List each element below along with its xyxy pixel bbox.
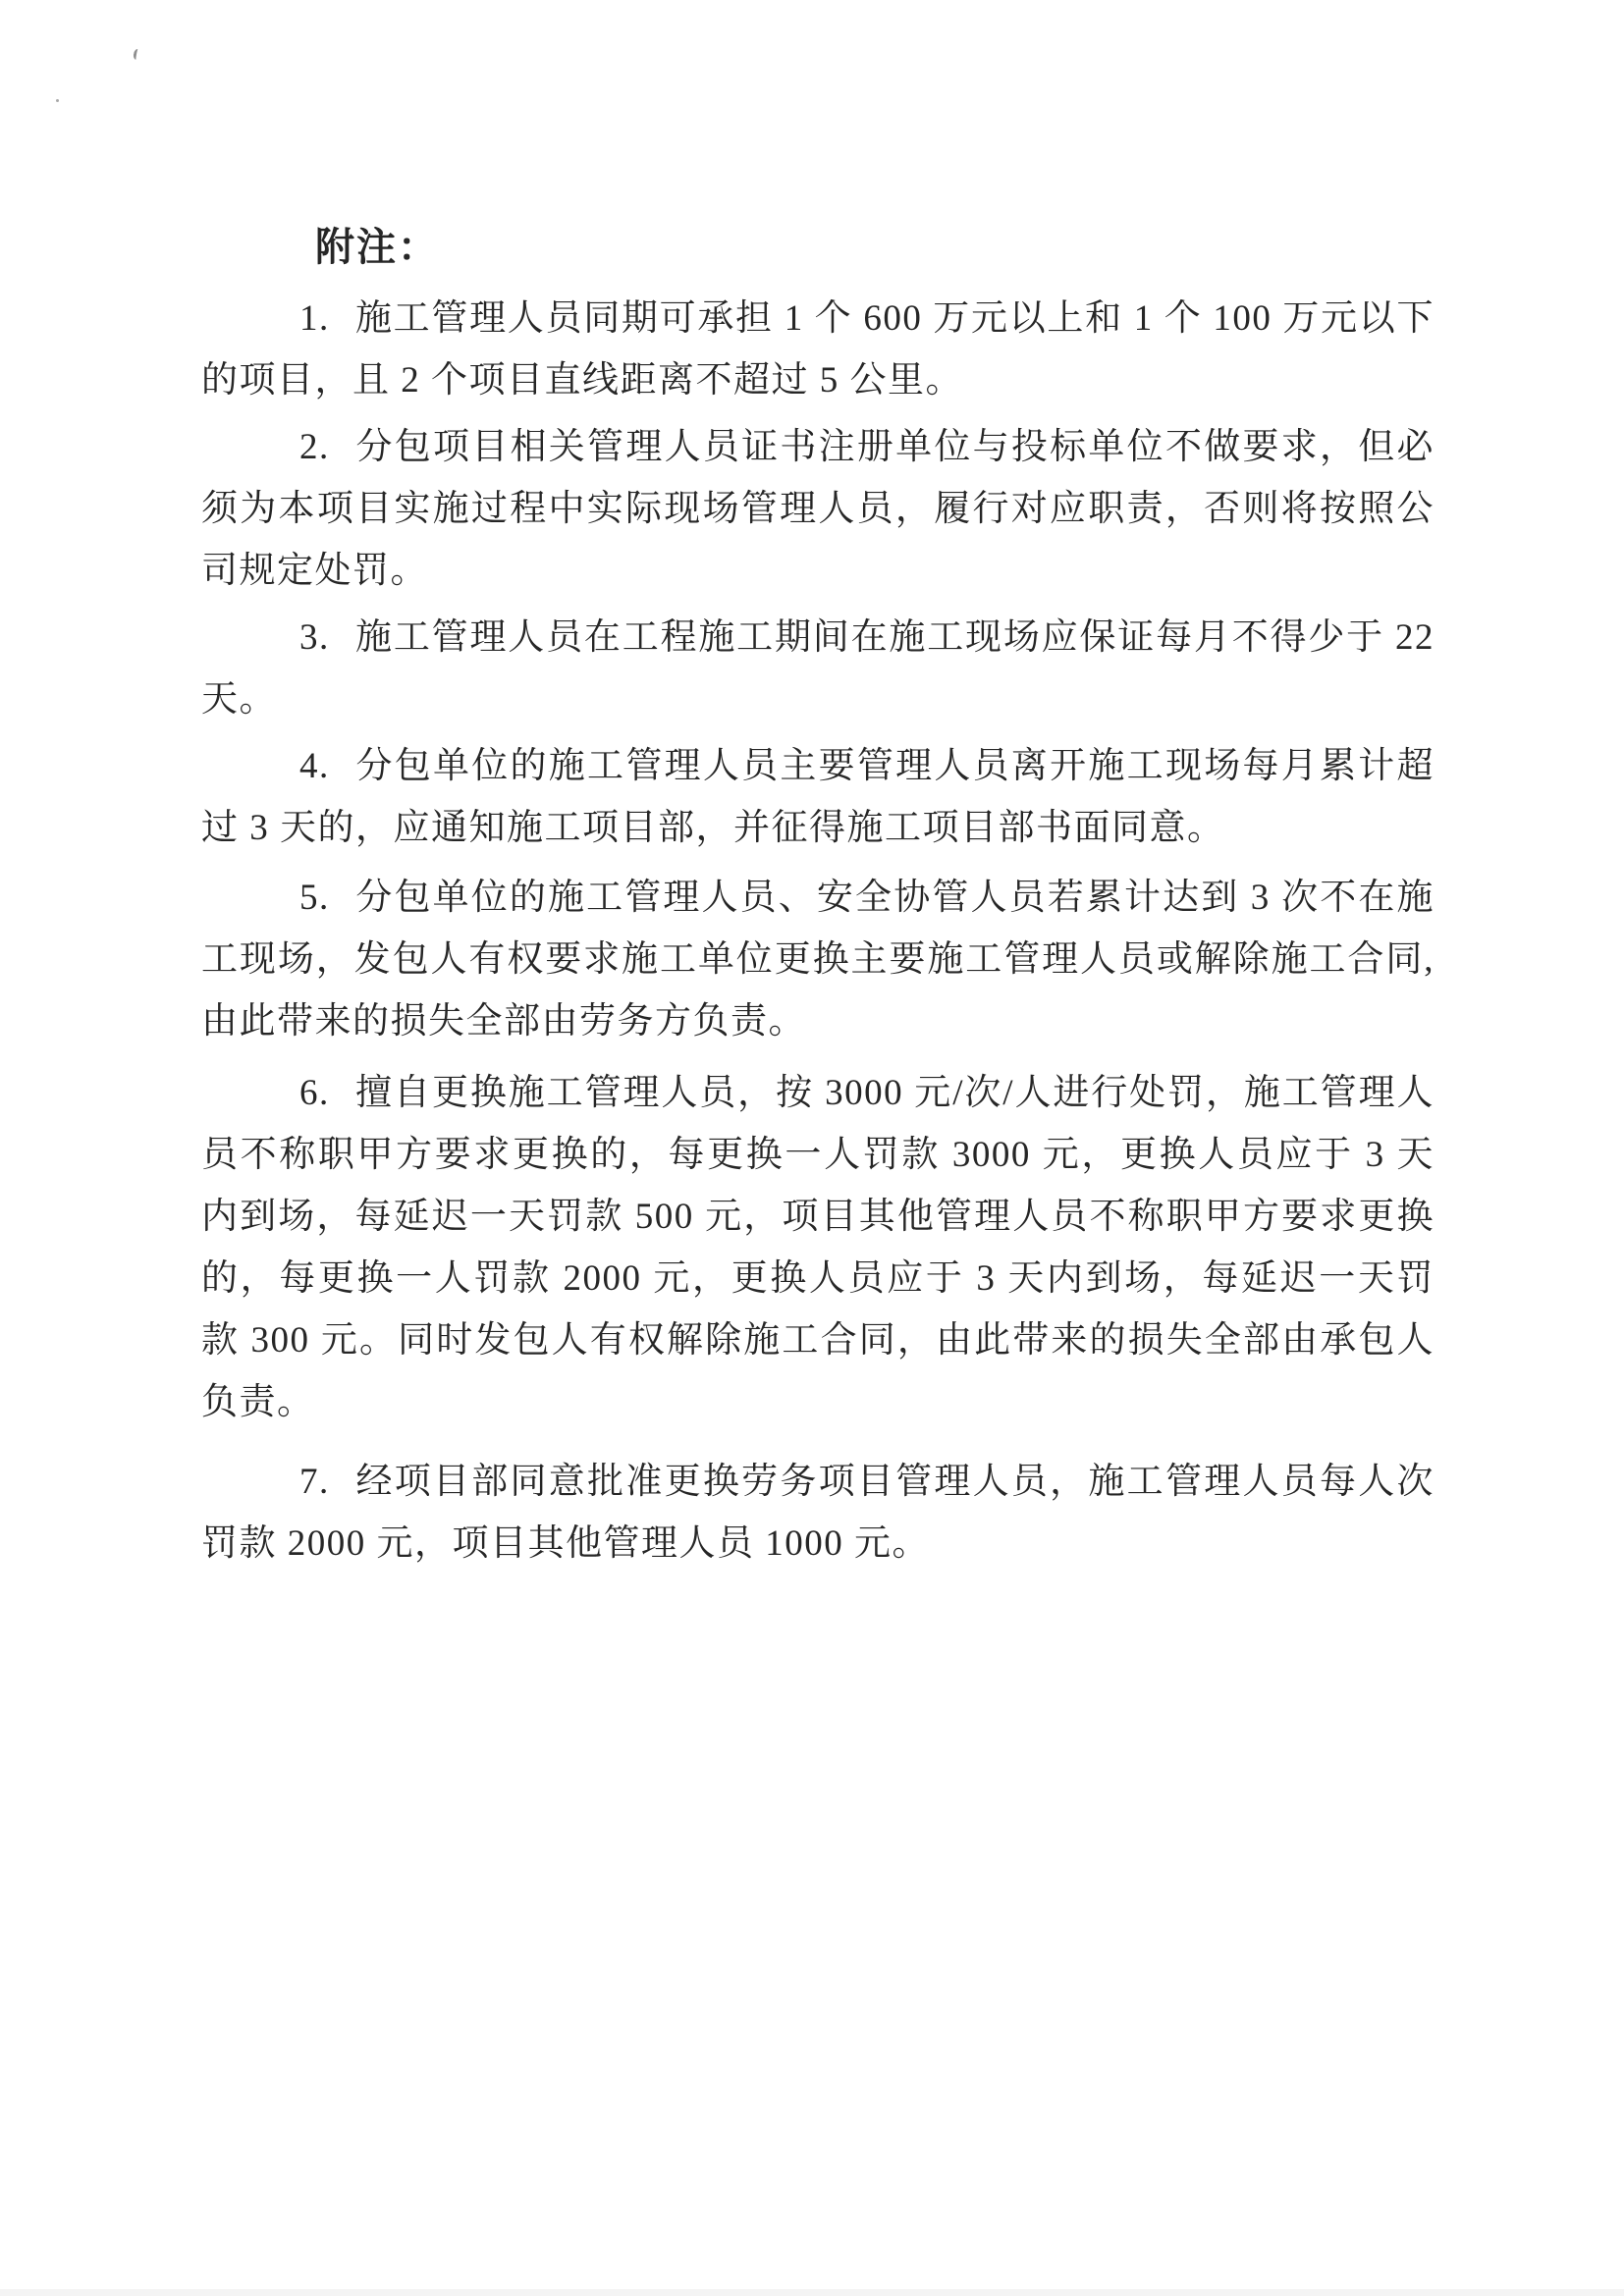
- note-text: 分包单位的施工管理人员、安全协管人员若累计达到 3 次不在施工现场，发包人有权要…: [201, 878, 1435, 1041]
- note-item: 5.分包单位的施工管理人员、安全协管人员若累计达到 3 次不在施工现场，发包人有…: [201, 867, 1435, 1052]
- scan-speck-icon: [133, 48, 141, 60]
- note-item: 1.施工管理人员同期可承担 1 个 600 万元以上和 1 个 100 万元以下…: [201, 288, 1435, 411]
- section-title: 附注：: [315, 216, 1435, 278]
- note-text: 施工管理人员在工程施工期间在施工现场应保证每月不得少于 22 天。: [201, 617, 1435, 720]
- notes-section: 附注： 1.施工管理人员同期可承担 1 个 600 万元以上和 1 个 100 …: [201, 216, 1435, 1579]
- note-number: 1.: [299, 288, 330, 349]
- page-edge-shadow: [0, 2289, 1624, 2296]
- note-number: 5.: [299, 867, 330, 929]
- note-item: 3.施工管理人员在工程施工期间在施工现场应保证每月不得少于 22 天。: [201, 607, 1435, 730]
- notes-list: 1.施工管理人员同期可承担 1 个 600 万元以上和 1 个 100 万元以下…: [201, 288, 1435, 1575]
- note-number: 4.: [299, 735, 330, 797]
- note-number: 2.: [299, 416, 330, 478]
- note-item: 2.分包项目相关管理人员证书注册单位与投标单位不做要求，但必须为本项目实施过程中…: [201, 416, 1435, 602]
- scan-speck-icon: [56, 99, 59, 102]
- note-text: 分包单位的施工管理人员主要管理人员离开施工现场每月累计超过 3 天的，应通知施工…: [201, 746, 1435, 848]
- note-text: 施工管理人员同期可承担 1 个 600 万元以上和 1 个 100 万元以下的项…: [201, 298, 1435, 400]
- note-number: 7.: [299, 1451, 330, 1513]
- note-text: 经项目部同意批准更换劳务项目管理人员，施工管理人员每人次罚款 2000 元，项目…: [201, 1462, 1435, 1564]
- note-text: 分包项目相关管理人员证书注册单位与投标单位不做要求，但必须为本项目实施过程中实际…: [201, 427, 1435, 591]
- document-page: 附注： 1.施工管理人员同期可承担 1 个 600 万元以上和 1 个 100 …: [0, 0, 1624, 2296]
- note-item: 7.经项目部同意批准更换劳务项目管理人员，施工管理人员每人次罚款 2000 元，…: [201, 1451, 1435, 1575]
- note-item: 6.擅自更换施工管理人员，按 3000 元/次/人进行处罚，施工管理人员不称职甲…: [201, 1062, 1435, 1433]
- note-text: 擅自更换施工管理人员，按 3000 元/次/人进行处罚，施工管理人员不称职甲方要…: [201, 1073, 1435, 1422]
- note-item: 4.分包单位的施工管理人员主要管理人员离开施工现场每月累计超过 3 天的，应通知…: [201, 735, 1435, 859]
- note-number: 6.: [299, 1062, 330, 1124]
- note-number: 3.: [299, 607, 330, 668]
